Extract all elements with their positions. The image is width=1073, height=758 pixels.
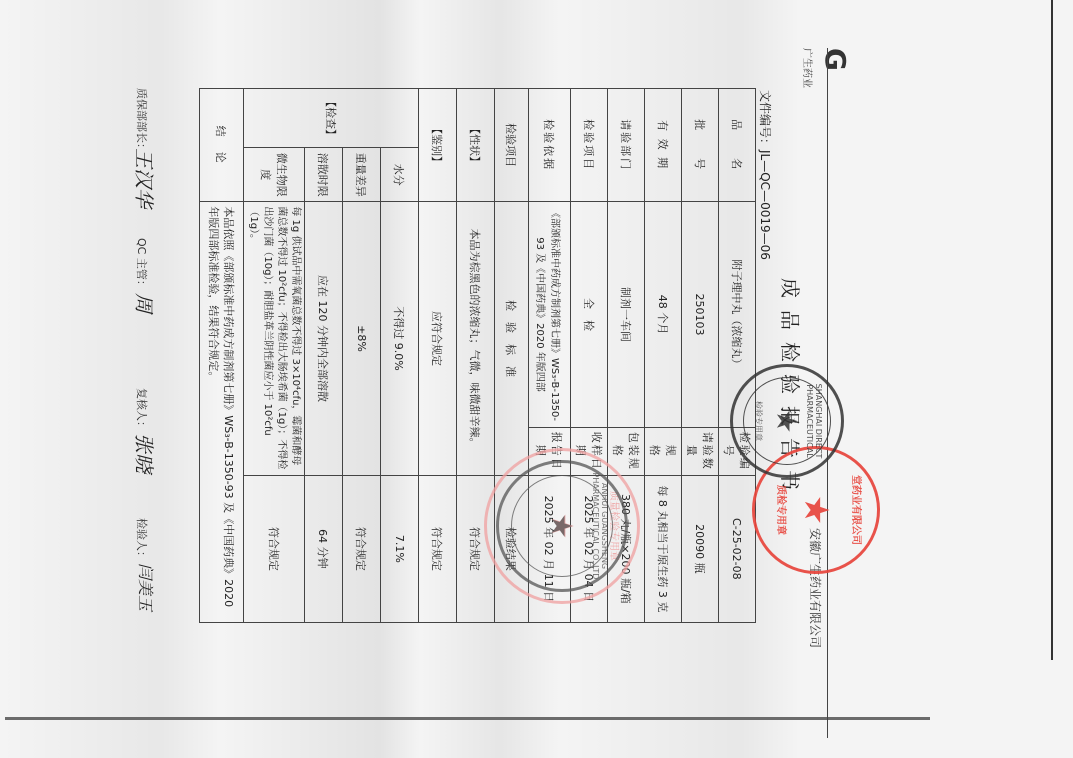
standard-cell: 不得过 9.0%: [381, 202, 419, 475]
qa-head-signature: 王汉华: [131, 148, 160, 208]
qa-head-label: 质保部部长：: [134, 88, 150, 154]
file-number: 文件编号：JL—QC—0019—06: [757, 90, 774, 260]
table-row: 批 号 250103 请验数量 20090 瓶: [682, 89, 719, 623]
result-cell: 符合规定: [343, 475, 381, 622]
reviewer-signature: 张晓: [131, 433, 160, 473]
standard-cell: ±8%: [343, 202, 381, 475]
item-cell: 微生物限度: [244, 148, 305, 202]
qc-supervisor-label: QC 主管：: [134, 238, 150, 291]
table-row: 溶散时限 应在 120 分钟内全部溶散 64 分钟: [305, 89, 343, 623]
table-row: 【鉴别】 应符合规定 符合规定: [419, 89, 457, 623]
inspector-label: 检验人：: [134, 518, 150, 562]
dept-value: 制剂一车间: [608, 202, 645, 427]
batch-label: 批 号: [682, 89, 719, 202]
item-cell: 重量差异: [343, 148, 381, 202]
result-cell: 符合规定: [419, 475, 457, 622]
basis-label: 检验依据: [529, 89, 571, 202]
seal-text: ANHUI GUANGSHENG PHARMACEUTICAL CO.,LTD: [591, 463, 609, 589]
table-row: 品 名 附子理中丸（浓缩丸） 检验编号 C-25-02-08: [719, 89, 756, 623]
result-cell: 64 分钟: [305, 475, 343, 622]
inspection-report-document: G 广生药业 安徽广生药业有限公司 成品检验报告书 文件编号：JL—QC—001…: [0, 88, 820, 728]
test-items-label: 检验项目: [571, 89, 608, 202]
company-seal-gray: ANHUI GUANGSHENG PHARMACEUTICAL CO.,LTD …: [496, 460, 628, 592]
quantity-value: 20090 瓶: [682, 475, 719, 622]
test-number-value: C-25-02-08: [719, 475, 756, 622]
logo-g-icon: G: [820, 48, 850, 82]
validity-label: 有 效 期: [645, 89, 682, 202]
item-cell: 水分: [381, 148, 419, 202]
basis-value: 《部颁标准中药成方制剂第七册》WS₃-B-1350-93 及《中国药典》2020…: [529, 202, 571, 427]
seal-text: 堂药业有限公司: [850, 449, 865, 571]
section-appearance: 【性状】: [457, 89, 495, 202]
seal-text: 检验专用章: [753, 367, 764, 475]
inspection-seal-gray: SHANGHAI DIRECT PHARMACEUTICAL ★ 检验专用章: [730, 364, 844, 478]
test-items-value: 全 检: [571, 202, 608, 427]
spec-label: 规 格: [645, 427, 682, 475]
seal-text: SHANGHAI DIRECT PHARMACEUTICAL: [805, 367, 823, 475]
star-icon: ★: [796, 495, 836, 525]
quantity-label: 请验数量: [682, 427, 719, 475]
col-header-item: 检验项目: [495, 89, 529, 202]
report-table: 品 名 附子理中丸（浓缩丸） 检验编号 C-25-02-08 批 号 25010…: [199, 88, 756, 623]
company-logo: G 广生药业: [810, 48, 850, 138]
table-row: 重量差异 ±8% 符合规定: [343, 89, 381, 623]
conclusion-label: 结 论: [200, 89, 244, 202]
conclusion-text: 本品依照《部颁标准中药成方制剂第七册》WS₃-B-1350-93 及《中国药典》…: [200, 202, 244, 623]
file-number-value: JL—QC—0019—06: [758, 150, 772, 260]
standard-cell: 每 1g 供试品中需氧菌总数不得过 3×10⁴cfu，霉菌和酵母菌总数不得过 1…: [244, 202, 305, 475]
reviewer-label: 复核人：: [134, 388, 150, 432]
batch-value: 250103: [682, 202, 719, 427]
validity-value: 48 个月: [645, 202, 682, 427]
file-number-label: 文件编号：: [758, 90, 772, 150]
result-cell: 符合规定: [244, 475, 305, 622]
inspector-signature: 闫美玉: [135, 563, 158, 611]
dept-label: 请验部门: [608, 89, 645, 202]
col-header-standard: 检 验 标 准: [495, 202, 529, 475]
product-name-label: 品 名: [719, 89, 756, 202]
section-identification: 【鉴别】: [419, 89, 457, 202]
standard-cell: 应符合规定: [419, 202, 457, 475]
conclusion-row: 结 论 本品依照《部颁标准中药成方制剂第七册》WS₃-B-1350-93 及《中…: [200, 89, 244, 623]
logo-text: 广生药业: [801, 48, 816, 88]
spec-value: 每 8 丸相当于原生药 3 克: [645, 475, 682, 622]
standard-cell: 应在 120 分钟内全部溶散: [305, 202, 343, 475]
result-cell: 7.1%: [381, 475, 419, 622]
section-inspection: 【检查】: [244, 89, 419, 148]
scan-edge-line: [1051, 0, 1053, 660]
table-row: 【检查】 水分 不得过 9.0% 7.1%: [381, 89, 419, 623]
item-cell: 溶散时限: [305, 148, 343, 202]
standard-cell: 本品为棕黑色的浓缩丸；气微，味微甜辛辣。: [457, 202, 495, 475]
table-row: 微生物限度 每 1g 供试品中需氧菌总数不得过 3×10⁴cfu，霉菌和酵母菌总…: [244, 89, 305, 623]
qc-supervisor-signature: 周: [131, 293, 160, 313]
table-row: 有 效 期 48 个月 规 格 每 8 丸相当于原生药 3 克: [645, 89, 682, 623]
